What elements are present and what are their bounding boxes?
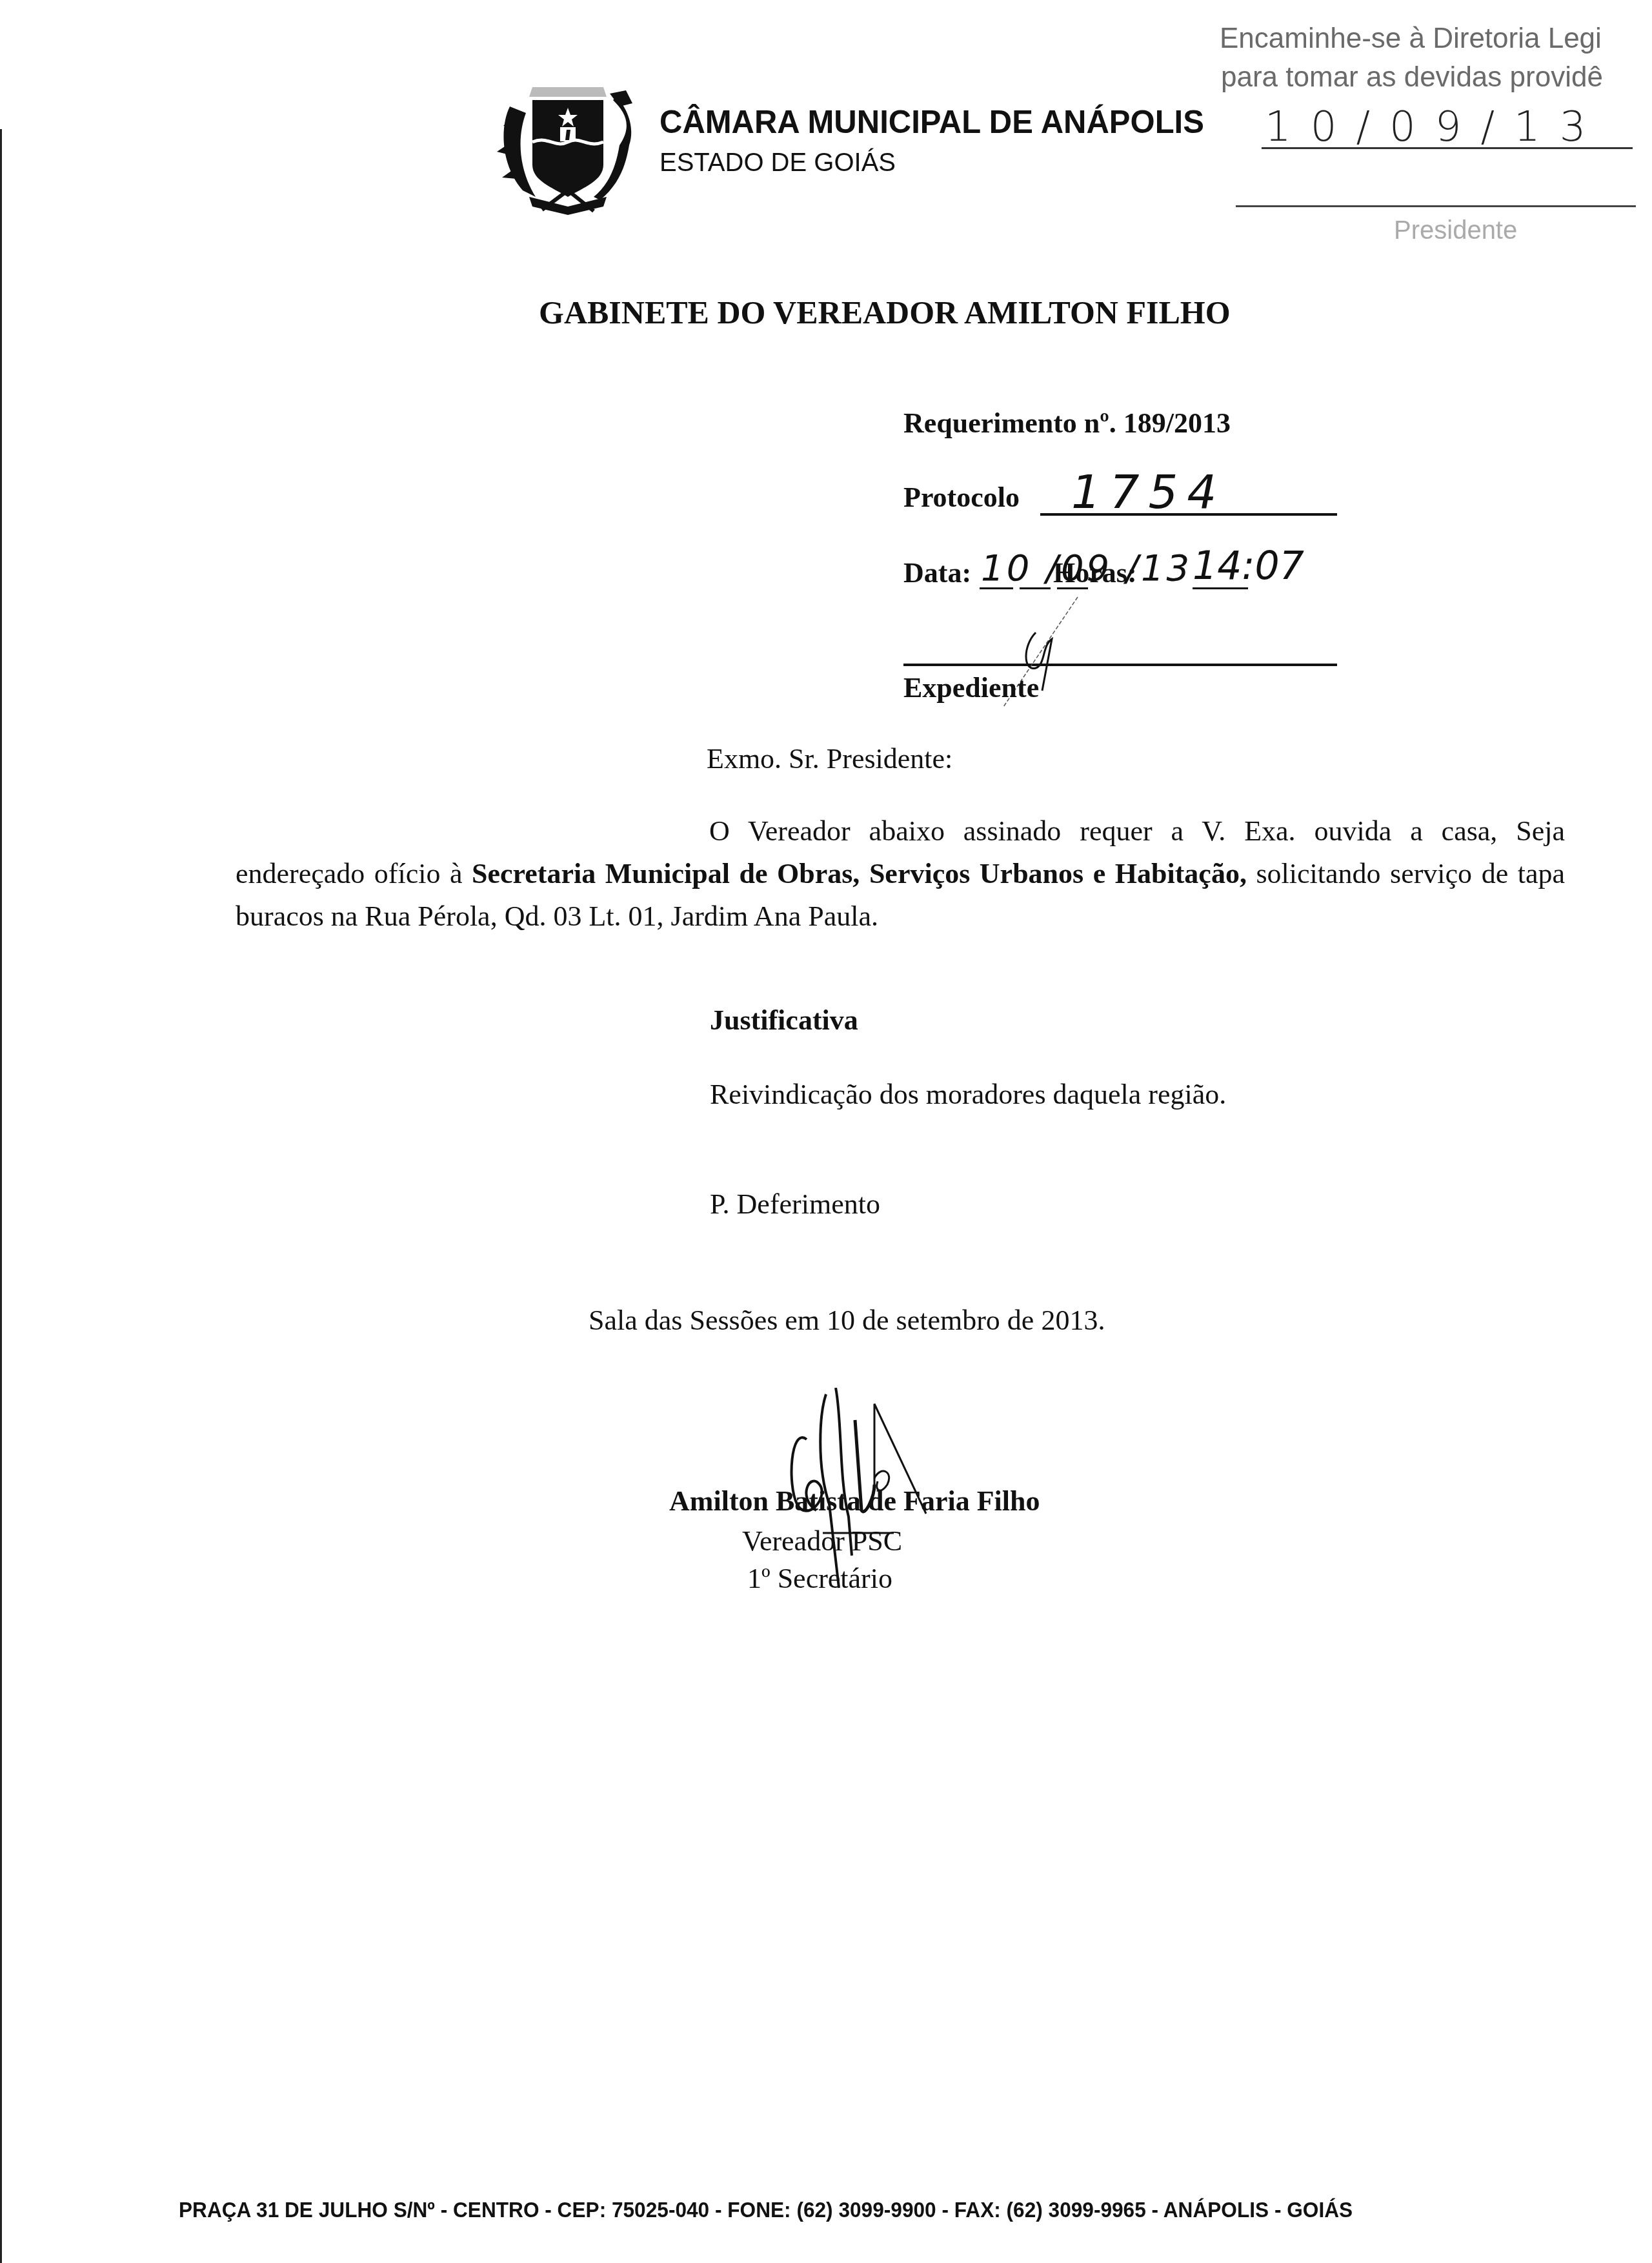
hours-line [1193,587,1248,589]
date-month-line [1020,587,1051,589]
protocol-label: Protocolo [903,481,1020,514]
deferment: P. Deferimento [710,1188,880,1221]
date-day: 10 [981,547,1032,589]
stamp-forward-line2: para tomar as devidas providê [1221,61,1603,94]
dispatch-signature-line [903,664,1337,666]
hours-value: 14:07 [1193,543,1304,589]
date-year: 13 [1141,547,1192,589]
signer-title: 1º Secretário [747,1562,892,1595]
greeting: Exmo. Sr. Presidente: [707,742,952,775]
request-number: Requerimento nº. 189/2013 [903,407,1231,440]
stamp-signatory: Presidente [1394,216,1517,245]
coat-of-arms-icon [497,68,639,216]
stamp-date-line [1262,147,1633,149]
justification-title: Justificativa [710,1004,858,1037]
signer-name: Amilton Batista de Faria Filho [669,1485,1040,1517]
justification-text: Reivindicação dos moradores daquela regi… [710,1078,1226,1111]
stamp-forward-line1: Encaminhe-se à Diretoria Legi [1220,23,1602,55]
footer-address: PRAÇA 31 DE JULHO S/Nº - CENTRO - CEP: 7… [179,2198,1353,2223]
signer-role: Vereador PSC [742,1525,902,1558]
request-body: O Vereador abaixo assinado requer a V. E… [236,810,1565,938]
stamp-signature-line [1236,205,1636,207]
dispatch-label: Expediente [903,671,1039,704]
office-title: GABINETE DO VEREADOR AMILTON FILHO [539,294,1231,331]
date-label: Data: [903,556,971,589]
stamp-handwritten-date: 10/09/13 [1265,103,1605,151]
state-name: ESTADO DE GOIÁS [660,148,896,178]
body-recipient: Secretaria Municipal de Obras, Serviços … [472,858,1247,889]
date-day-line [980,587,1013,589]
hours-label: Horas: [1053,556,1137,589]
closing-date: Sala das Sessões em 10 de setembro de 20… [589,1304,1105,1337]
chamber-name: CÂMARA MUNICIPAL DE ANÁPOLIS [660,103,1204,141]
protocol-value: 1754 [1071,465,1225,519]
scan-edge-line [0,129,2,2263]
